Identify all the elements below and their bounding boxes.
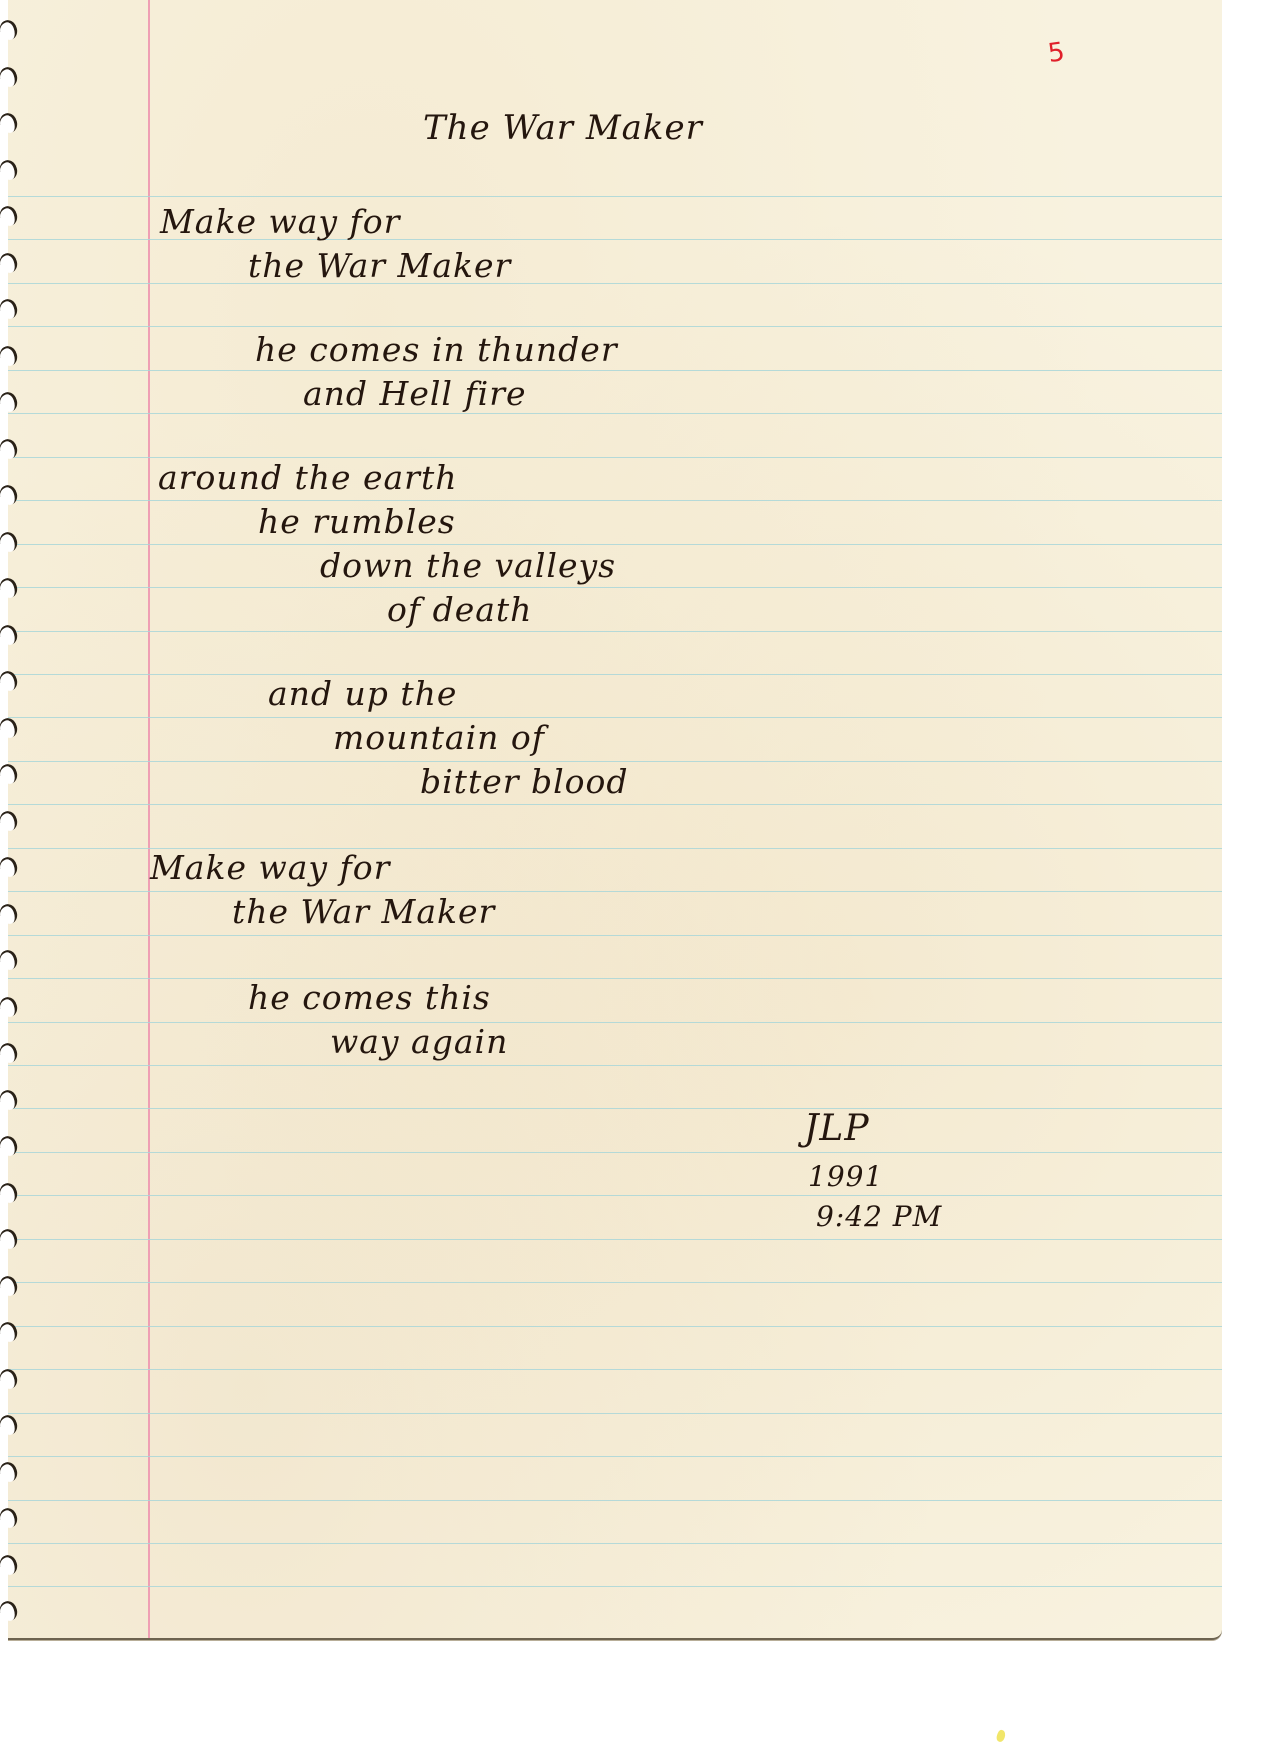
rule-line bbox=[8, 1195, 1222, 1196]
rule-line bbox=[8, 1543, 1222, 1544]
rule-line bbox=[8, 804, 1222, 805]
perforation-hole bbox=[0, 1320, 20, 1345]
rule-line bbox=[8, 1239, 1222, 1240]
rule-line bbox=[8, 1108, 1222, 1109]
perforation-hole bbox=[0, 995, 20, 1020]
perforation-hole bbox=[0, 297, 20, 322]
perforation-hole bbox=[0, 1460, 20, 1485]
perforation-hole bbox=[0, 1599, 20, 1624]
perforation-hole bbox=[0, 1413, 20, 1438]
perforation-hole bbox=[0, 65, 20, 90]
rule-line bbox=[8, 370, 1222, 371]
perforation-hole bbox=[0, 530, 20, 555]
signature-time: 9:42 PM bbox=[816, 1200, 942, 1233]
perforation-hole bbox=[0, 158, 20, 183]
notebook-paper: 5 The War Maker Make way forthe War Make… bbox=[8, 0, 1222, 1640]
rule-line bbox=[8, 1326, 1222, 1327]
poem-line: down the valleys bbox=[320, 546, 616, 585]
rule-line bbox=[8, 935, 1222, 936]
rule-line bbox=[8, 1065, 1222, 1066]
poem-line: Make way for bbox=[160, 202, 400, 241]
yellow-speck bbox=[995, 1729, 1007, 1743]
rule-line bbox=[8, 631, 1222, 632]
poem-line: and up the bbox=[268, 674, 457, 713]
perforation-hole bbox=[0, 809, 20, 834]
page-number: 5 bbox=[1046, 37, 1067, 69]
perforation-hole bbox=[0, 1506, 20, 1531]
perforation-hole bbox=[0, 948, 20, 973]
perforation-hole bbox=[0, 576, 20, 601]
perforation-hole bbox=[0, 902, 20, 927]
perforation-hole bbox=[0, 1274, 20, 1299]
perforation-hole bbox=[0, 251, 20, 276]
scanned-page: 5 The War Maker Make way forthe War Make… bbox=[0, 0, 1275, 1754]
rule-line bbox=[8, 413, 1222, 414]
rule-line bbox=[8, 1586, 1222, 1587]
poem-line: the War Maker bbox=[232, 892, 495, 931]
perforation-hole bbox=[0, 623, 20, 648]
poem-line: mountain of bbox=[333, 718, 545, 757]
poem-line: he comes in thunder bbox=[255, 330, 618, 369]
poem-line: Make way for bbox=[150, 848, 390, 887]
rule-line bbox=[8, 1022, 1222, 1023]
rule-line bbox=[8, 326, 1222, 327]
red-margin-line bbox=[148, 0, 150, 1638]
poem-line: the War Maker bbox=[248, 246, 511, 285]
rule-line bbox=[8, 283, 1222, 284]
poem-line: he rumbles bbox=[258, 502, 456, 541]
rule-line bbox=[8, 1369, 1222, 1370]
signature-initials: JLP bbox=[804, 1108, 870, 1149]
rule-line bbox=[8, 891, 1222, 892]
poem-line: way again bbox=[330, 1022, 508, 1061]
signature-year: 1991 bbox=[808, 1160, 883, 1193]
poem-line: bitter blood bbox=[420, 762, 629, 801]
perforation-hole bbox=[0, 1227, 20, 1252]
perforation-hole bbox=[0, 204, 20, 229]
rule-line bbox=[8, 717, 1222, 718]
perforation-hole bbox=[0, 762, 20, 787]
perforation-hole bbox=[0, 855, 20, 880]
rule-line bbox=[8, 587, 1222, 588]
perforation-hole bbox=[0, 1367, 20, 1392]
rule-line bbox=[8, 1413, 1222, 1414]
rule-line bbox=[8, 1500, 1222, 1501]
perforation-hole bbox=[0, 344, 20, 369]
perforation-hole bbox=[0, 1181, 20, 1206]
rule-line bbox=[8, 1152, 1222, 1153]
poem-line: and Hell fire bbox=[303, 374, 527, 413]
rule-line bbox=[8, 500, 1222, 501]
poem-line: around the earth bbox=[158, 458, 457, 497]
perforation-hole bbox=[0, 483, 20, 508]
rule-line bbox=[8, 1456, 1222, 1457]
perforation-hole bbox=[0, 716, 20, 741]
rule-line bbox=[8, 196, 1222, 197]
perforation-hole bbox=[0, 18, 20, 43]
rule-line bbox=[8, 544, 1222, 545]
poem-line: he comes this bbox=[248, 978, 491, 1017]
poem-line: of death bbox=[387, 590, 532, 629]
perforation-hole bbox=[0, 111, 20, 136]
perforation-hole bbox=[0, 669, 20, 694]
perforation-hole bbox=[0, 390, 20, 415]
rule-line bbox=[8, 1282, 1222, 1283]
poem-title: The War Maker bbox=[423, 108, 703, 148]
rule-line bbox=[8, 978, 1222, 979]
perforation-hole bbox=[0, 1041, 20, 1066]
perforation-hole bbox=[0, 1553, 20, 1578]
perforation-hole bbox=[0, 1134, 20, 1159]
rule-line bbox=[8, 674, 1222, 675]
